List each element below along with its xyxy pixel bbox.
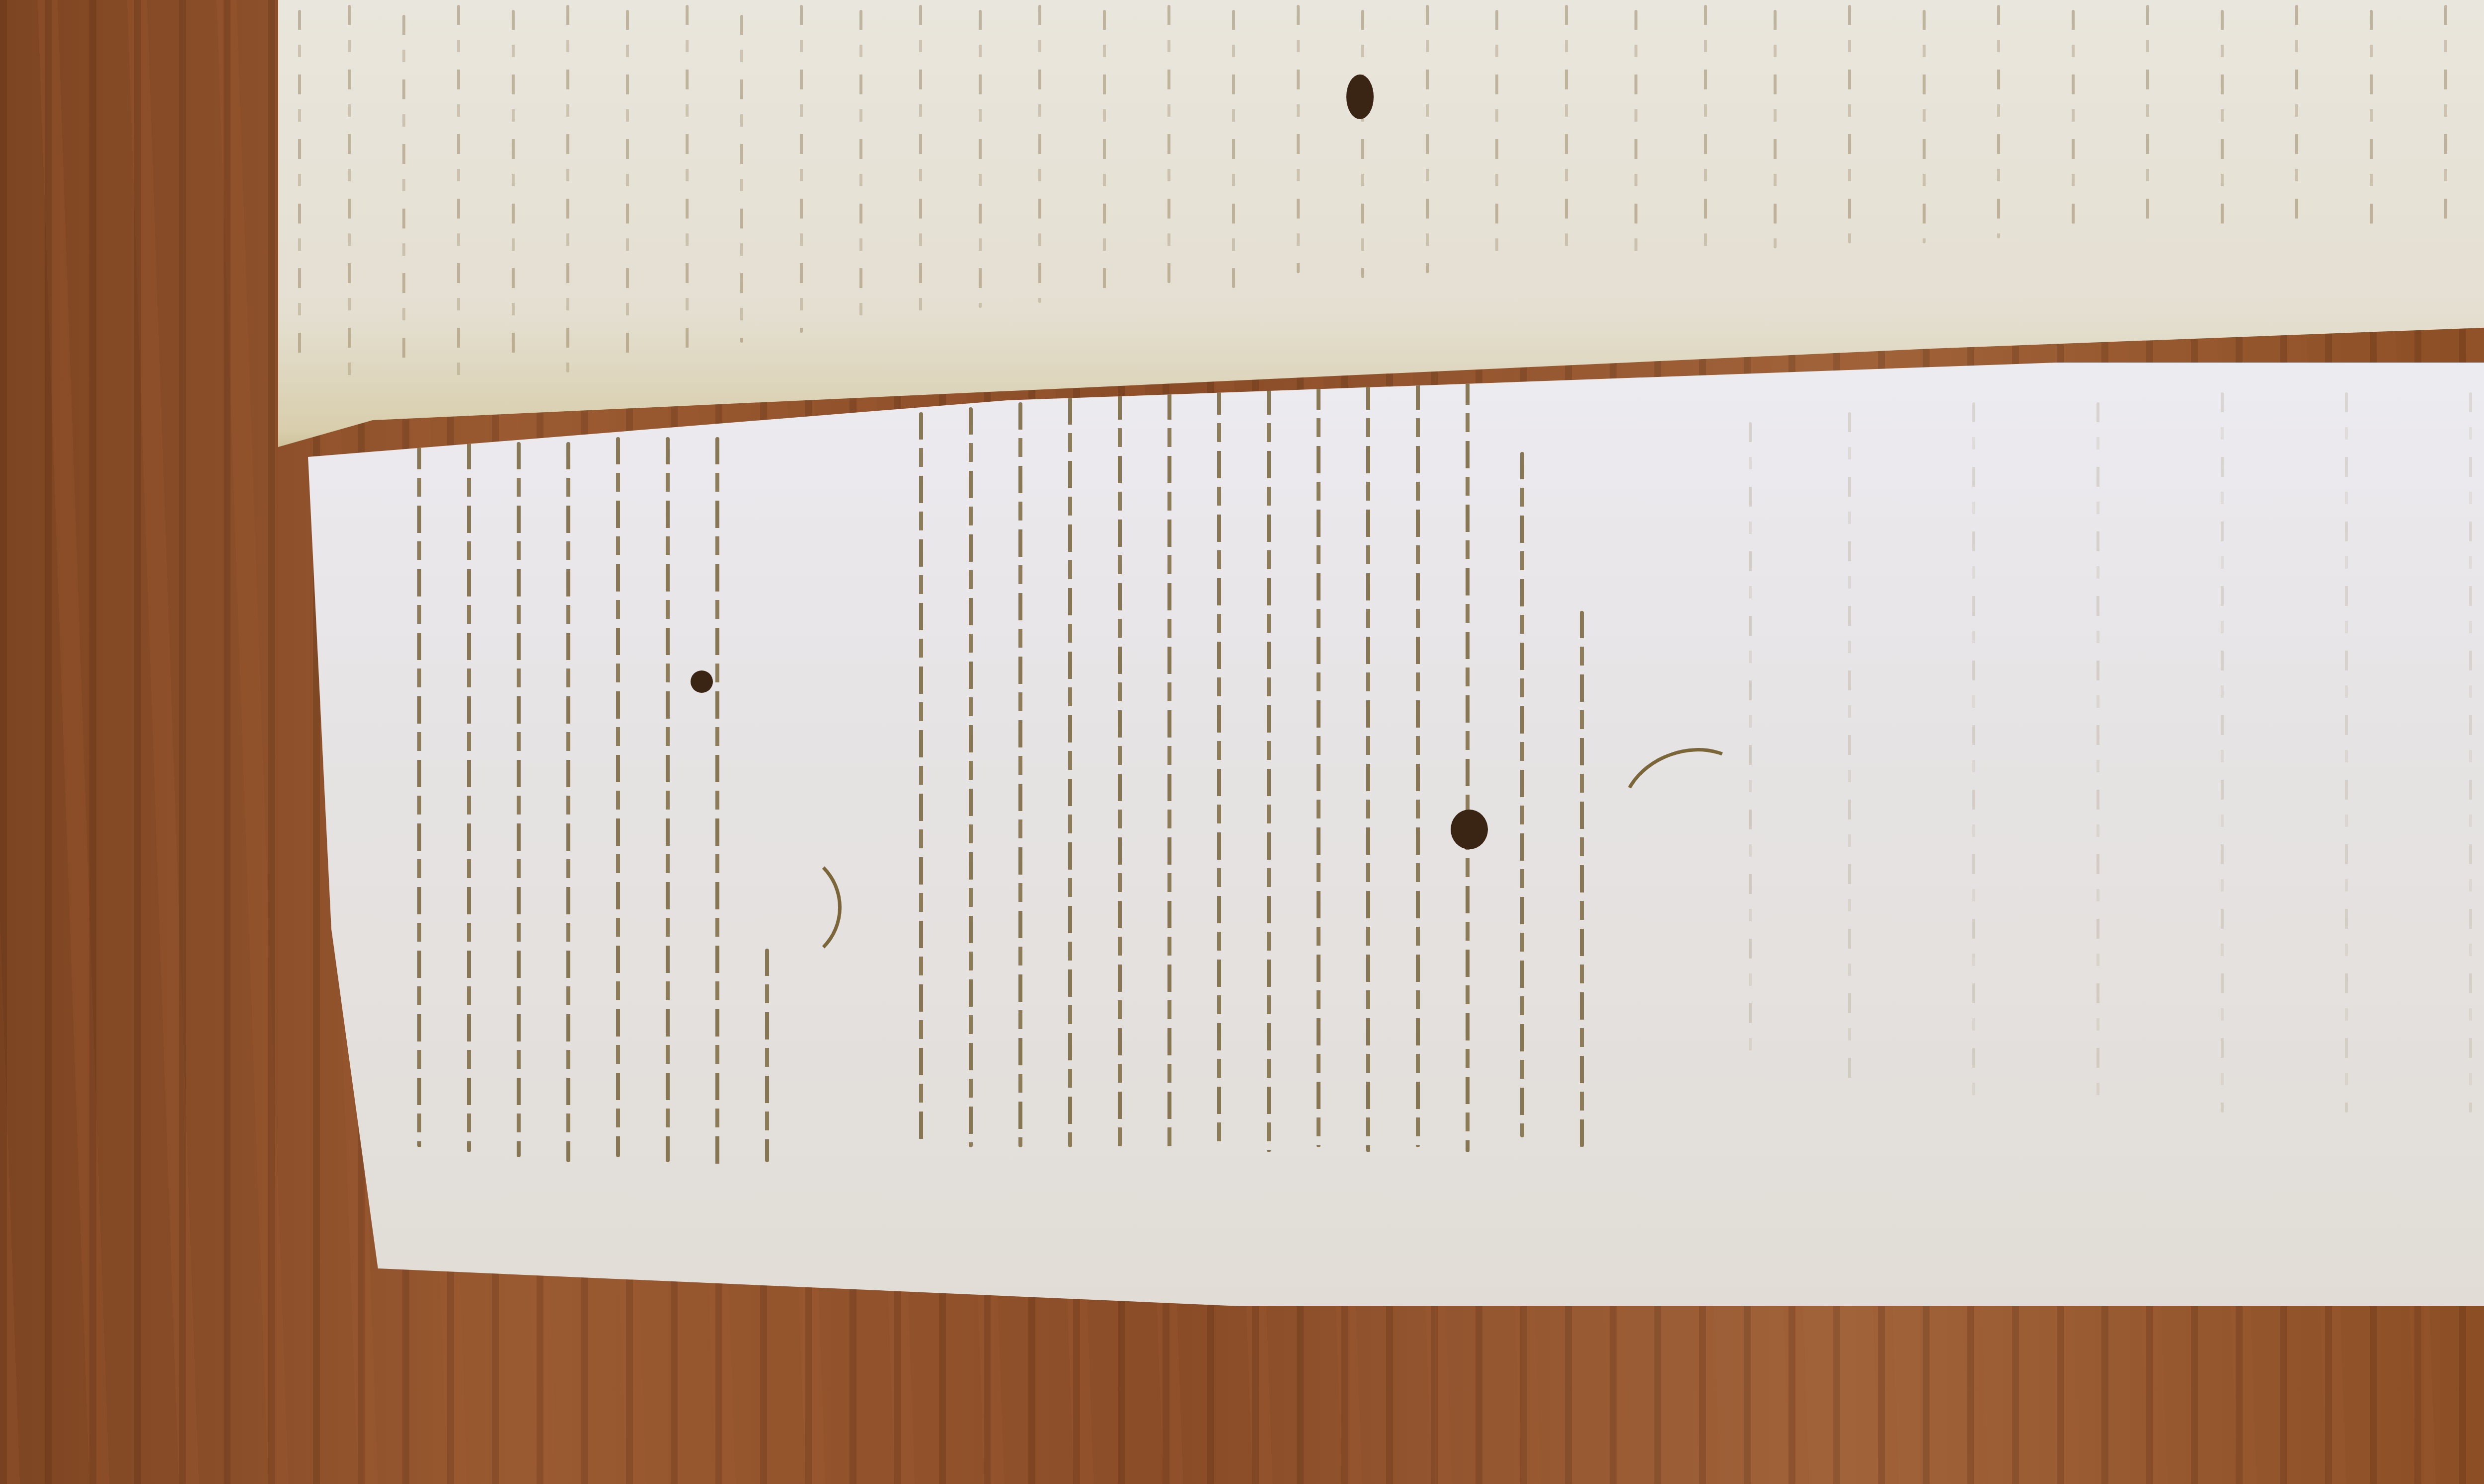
flourish [1606,730,1770,877]
manuscript-lower-sheet [308,363,2484,1306]
script-line [1018,402,1022,1147]
script-line [1520,452,1524,1137]
script-line [1366,382,1370,1152]
script-line [1580,611,1584,1147]
script-line [765,949,769,1162]
script-line [417,442,421,1147]
script-line [715,437,719,1167]
script-line [566,442,570,1162]
script-line [467,442,471,1152]
script-line [1118,392,1122,1147]
flourish [725,849,842,965]
script-line [1317,382,1320,1147]
script-line [969,407,973,1147]
script-line [1466,377,1470,1152]
script-line [517,442,521,1157]
script-line [1267,387,1271,1152]
script-line [666,437,670,1162]
ink-blot [1346,74,1374,119]
script-line [1217,387,1221,1147]
ink-blot [691,670,713,693]
script-line [919,412,923,1147]
script-line [1167,392,1171,1152]
script-line [616,437,620,1157]
script-line [1068,397,1072,1147]
script-line [1416,382,1420,1147]
ink-blot [1451,810,1488,849]
